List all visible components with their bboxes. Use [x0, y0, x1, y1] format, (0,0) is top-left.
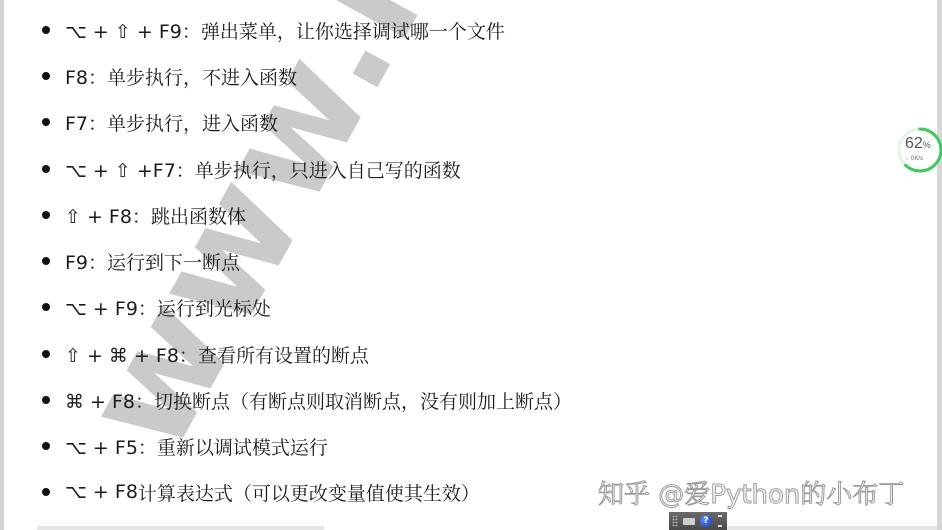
shortcut-keys: ⌥ + F5：	[65, 433, 157, 460]
shortcut-keys: ⌘ + F8：	[65, 387, 154, 414]
right-scrollbar-track[interactable]	[937, 0, 942, 530]
shortcut-keys: ⌥ + ⇧ +F7：	[65, 156, 195, 183]
shortcut-description: 单步执行，只进入自己写的函数	[195, 156, 461, 183]
bullet-icon	[42, 303, 50, 311]
download-arrow-icon: ↓	[905, 156, 908, 162]
list-item: F9： 运行到下一断点	[42, 246, 240, 276]
list-item: ⌥ + ⇧ +F7： 单步执行，只进入自己写的函数	[42, 154, 461, 184]
shortcut-description: 跳出函数体	[151, 202, 246, 229]
bullet-icon	[42, 118, 50, 126]
shortcut-keys: ⇧ + ⌘ + F8：	[65, 341, 198, 368]
network-speed-widget[interactable]: 62% ↓0K/s	[896, 126, 942, 174]
shortcut-keys: F7：	[65, 109, 107, 136]
list-item: ⇧ + ⌘ + F8： 查看所有设置的断点	[42, 339, 369, 369]
list-item: F7： 单步执行，进入函数	[42, 107, 278, 137]
bullet-icon	[42, 488, 50, 496]
list-item: ⌥ + F9： 运行到光标处	[42, 292, 271, 322]
bullet-icon	[42, 442, 50, 450]
list-item: ⌥ + F8 计算表达式（可以更改变量值使其生效）	[42, 477, 480, 507]
bullet-icon	[42, 26, 50, 34]
bullet-icon	[42, 350, 50, 358]
bullet-icon	[42, 165, 50, 173]
bullet-icon	[42, 257, 50, 265]
list-item: ⇧ + F8： 跳出函数体	[42, 200, 246, 230]
list-item: ⌘ + F8： 切换断点（有断点则取消断点，没有则加上断点）	[42, 385, 572, 415]
shortcut-description: 切换断点（有断点则取消断点，没有则加上断点）	[154, 387, 572, 414]
expand-collapse-icon[interactable]	[717, 515, 723, 527]
bullet-icon	[42, 72, 50, 80]
list-item: ⌥ + F5： 重新以调试模式运行	[42, 431, 328, 461]
list-item: ⌥ + ⇧ + F9： 弹出菜单，让你选择调试哪一个文件	[42, 15, 505, 45]
shortcut-keys: ⌥ + ⇧ + F9：	[65, 17, 201, 44]
shortcut-description: 重新以调试模式运行	[157, 433, 328, 460]
shortcut-keys: ⌥ + F8	[65, 481, 138, 503]
keyboard-icon[interactable]	[683, 518, 695, 525]
bottom-divider	[37, 526, 324, 530]
bullet-icon	[42, 396, 50, 404]
left-border	[0, 0, 4, 530]
shortcut-description: 弹出菜单，让你选择调试哪一个文件	[201, 17, 505, 44]
shortcut-keys: ⌥ + F9：	[65, 294, 157, 321]
shortcut-description: 单步执行，不进入函数	[107, 63, 297, 90]
shortcut-keys: F9：	[65, 248, 107, 275]
list-item: F8： 单步执行，不进入函数	[42, 61, 297, 91]
memory-percent: 62%	[905, 136, 931, 152]
drag-handle-icon[interactable]	[672, 515, 678, 527]
author-credit-watermark: 知乎 @爱Python的小布丁	[598, 474, 904, 511]
network-speed: ↓0K/s	[905, 156, 923, 162]
shortcut-description: 计算表达式（可以更改变量值使其生效）	[138, 479, 480, 506]
shortcut-description: 运行到下一断点	[107, 248, 240, 275]
shortcut-description: 单步执行，进入函数	[107, 109, 278, 136]
shortcut-description: 查看所有设置的断点	[198, 341, 369, 368]
floating-toolbar: ?	[669, 512, 727, 530]
bullet-icon	[42, 211, 50, 219]
bottom-divider-right	[727, 526, 937, 530]
shortcut-description: 运行到光标处	[157, 294, 271, 321]
help-icon[interactable]: ?	[700, 515, 712, 527]
shortcut-keys: F8：	[65, 63, 107, 90]
shortcut-keys: ⇧ + F8：	[65, 202, 151, 229]
